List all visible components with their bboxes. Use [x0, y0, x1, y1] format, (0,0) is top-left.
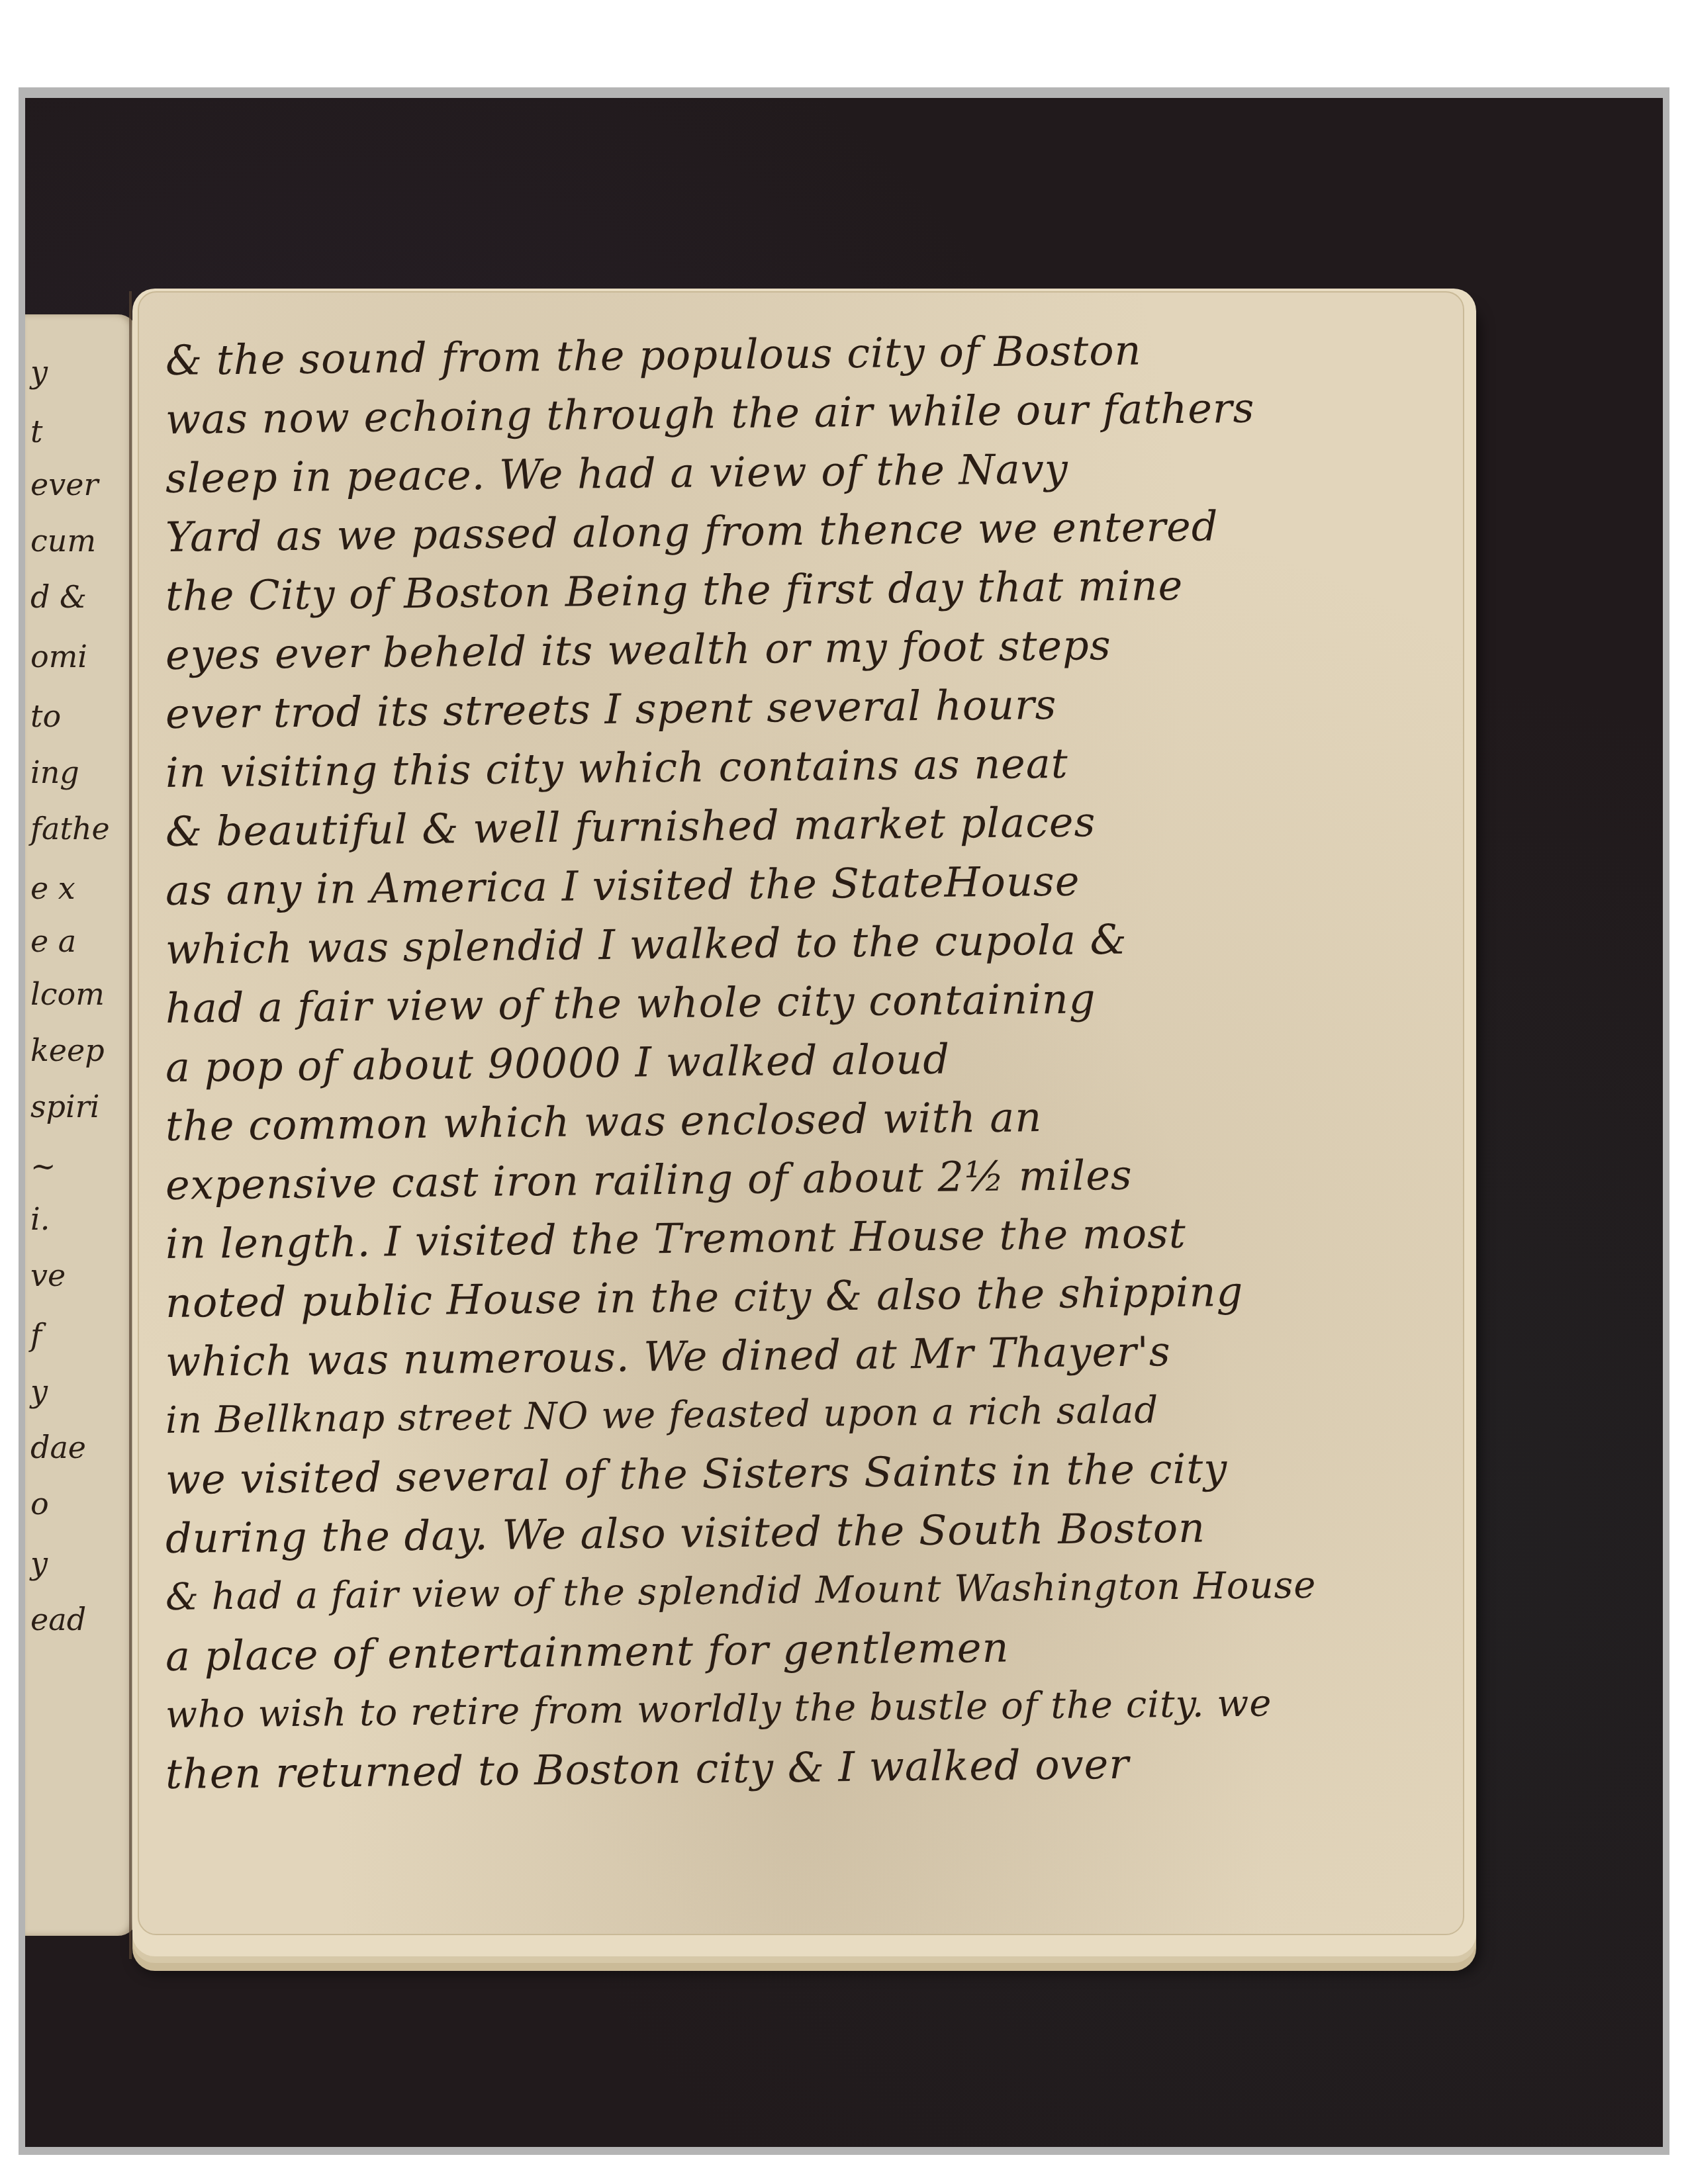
left-page-text-fragment: e x — [30, 870, 75, 906]
left-page-text-fragment: y — [30, 1373, 48, 1409]
left-page-text-fragment: y — [30, 354, 48, 390]
left-page-text-fragment: keep — [30, 1032, 105, 1068]
left-page-text-fragment: ~ — [30, 1148, 56, 1184]
left-page-text-fragment: fathe — [30, 811, 110, 846]
left-page-text-fragment: to — [30, 698, 61, 734]
left-page-text-fragment: lcom — [30, 976, 105, 1012]
left-page-text-fragment: y — [30, 1545, 48, 1581]
left-page-text-fragment: omi — [30, 639, 87, 674]
left-page-text-fragment: spiri — [30, 1089, 99, 1124]
left-page-text-fragment: ing — [30, 754, 79, 790]
left-page-text-fragment: f — [30, 1317, 42, 1353]
left-page-fragment: ytevercumd &omitoingfathee xe alcomkeeps… — [25, 314, 138, 1936]
left-page-text-fragment: d & — [30, 579, 87, 615]
left-page-text-fragment: dae — [30, 1430, 86, 1465]
left-page-text-fragment: cum — [30, 523, 96, 559]
left-page-text-fragment: o — [30, 1486, 49, 1522]
binding-stitch — [129, 291, 132, 1959]
manuscript-line: then returned to Boston city & I walked … — [165, 1731, 1457, 1803]
manuscript-text: & the sound from the populous city of Bo… — [165, 331, 1456, 1803]
left-page-text-fragment: t — [30, 414, 43, 449]
left-page-text-fragment: ever — [30, 467, 98, 502]
left-page-text-fragment: ve — [30, 1257, 66, 1293]
left-page-text-fragment: i. — [30, 1201, 50, 1237]
left-page-text-fragment: ead — [30, 1602, 86, 1637]
left-page-text-fragment: e a — [30, 923, 76, 959]
